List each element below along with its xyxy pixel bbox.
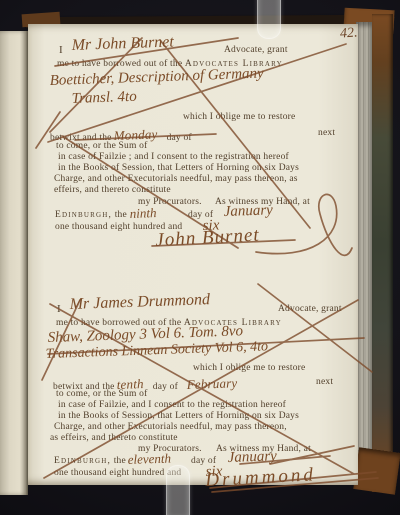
borrower-name: Mr John Burnet — [71, 33, 174, 55]
oblige-line: which I oblige me to restore — [183, 112, 295, 122]
form-opening-word: I — [59, 44, 63, 56]
book-photograph-scene: 42. I Mr John Burnet Advocate, grant me … — [0, 0, 400, 515]
date-month: January — [227, 448, 277, 467]
previous-page-edge — [0, 31, 28, 495]
page-holder-clip-top — [257, 0, 281, 39]
book-title: Boetticher, Description of Germany — [49, 66, 264, 90]
date-month: January — [223, 202, 273, 221]
to-come-line: to come, or the Sum of — [56, 141, 147, 151]
advocate-grant-label: Advocate, grant — [224, 45, 288, 55]
book-board-edge — [372, 14, 393, 492]
register-page: 42. I Mr John Burnet Advocate, grant me … — [28, 24, 358, 485]
page-holder-clip-bottom — [166, 465, 190, 515]
effeirs-line: as effeirs, and thereto constitute — [50, 433, 178, 443]
date-day: eleventh — [127, 450, 171, 468]
page-number: 42. — [339, 25, 358, 42]
charge-line: Charge, and other Executorials needful, … — [54, 422, 287, 432]
page-block-fore-edge — [356, 22, 372, 474]
signature: John Burnet — [155, 225, 260, 252]
borrower-name: Mr James Drummond — [69, 291, 210, 314]
session-line: in the Books of Session, that Letters of… — [58, 163, 299, 173]
struck-day-of: day of — [167, 133, 192, 143]
next-word: next — [316, 377, 333, 387]
edinburgh-line: Edinburgh, the — [54, 456, 126, 466]
effeirs-line: effeirs, and thereto constitute — [54, 185, 171, 195]
to-come-line: to come, or the Sum of — [56, 389, 147, 399]
form-opening-word: I — [57, 303, 61, 315]
oblige-line: which I oblige me to restore — [193, 363, 305, 373]
date-day: ninth — [129, 205, 156, 222]
year-line: one thousand eight hundred and — [54, 468, 181, 478]
next-word: next — [318, 128, 335, 138]
failzie-line: in case of Failzie, and I consent to the… — [58, 400, 286, 410]
book-format: Transl. 4to — [71, 89, 137, 108]
signature: Drummond — [205, 464, 317, 492]
charge-line: Charge, and other Executorials needful, … — [54, 174, 298, 184]
board-corner-bottom-right — [353, 447, 400, 494]
day-of-label: day of — [153, 382, 178, 392]
session-line: in the Books of Session, that Letters of… — [58, 411, 299, 421]
failzie-line: in case of Failzie ; and I consent to th… — [58, 152, 289, 162]
edinburgh-line: Edinburgh, the — [55, 210, 127, 220]
advocate-grant-label: Advocate, grant — [278, 304, 342, 314]
due-month: February — [186, 375, 237, 393]
